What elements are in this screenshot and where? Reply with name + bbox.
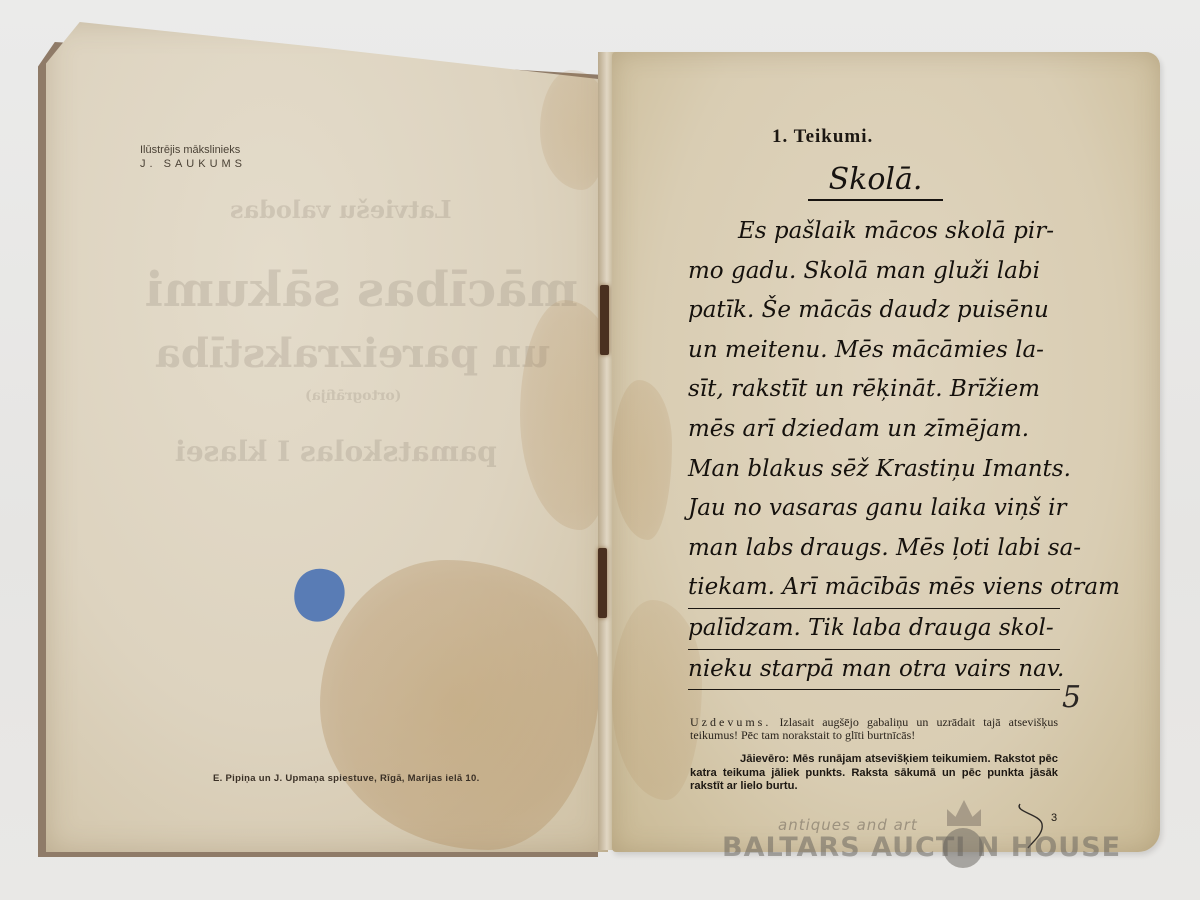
handwritten-line-underlined: palīdzam. Tik laba drauga skol- [688, 609, 1060, 650]
bleed-through-line: (ortogrāfija) [305, 388, 401, 404]
rusty-staple [600, 285, 609, 355]
handwritten-line: man labs draugs. Mēs ļoti labi sa- [688, 529, 1060, 569]
bleed-through-line: Latviešu valodas [230, 195, 452, 224]
handwritten-line: Jau no vasaras ganu laika viņš ir [688, 489, 1060, 529]
handwritten-line: un meitenu. Mēs mācāmies la- [688, 331, 1060, 371]
handwritten-line: patīk. Še mācās daudz puisēnu [688, 291, 1060, 331]
page-number: 3 [1051, 812, 1057, 824]
handwritten-text-block: Es pašlaik mācos skolā pir- mo gadu. Sko… [688, 212, 1060, 690]
handwritten-line: mo gadu. Skolā man gluži labi [688, 252, 1060, 292]
note-paragraph: Jāievēro: Mēs runājam atsevišķiem teikum… [690, 753, 1058, 794]
printer-imprint: E. Pipiņa un J. Upmaņa spiestuve, Rīgā, … [213, 773, 480, 784]
margin-grade-mark: 5 [1062, 680, 1081, 715]
exercise-label: Uzdevums. [690, 715, 771, 729]
open-book-photo: Latviešu valodas mācības sākumi un parei… [0, 0, 1200, 900]
exercise-paragraph: Uzdevums. Izlasait augšējo gabaliņu un u… [690, 716, 1058, 742]
bleed-through-line: pamatskolas I klasei [175, 435, 497, 468]
handwritten-line: Man blakus sēž Krastiņu Imants. [688, 450, 1060, 490]
bleed-through-line: mācības sākumi [145, 262, 578, 318]
note-label: Jāievēro: [690, 753, 789, 765]
handwritten-line-underlined: tiekam. Arī mācībās mēs viens otram [688, 568, 1060, 609]
illustrator-credit: Ilūstrējis mākslinieks J. SAUKUMS [140, 143, 246, 171]
bleed-through-line: un pareizrakstība [155, 330, 550, 377]
handwritten-line: Es pašlaik mācos skolā pir- [688, 212, 1060, 252]
rusty-staple [598, 548, 607, 618]
illustrator-name: J. SAUKUMS [140, 157, 246, 171]
watermark-brand: BALTARS AUCTI N HOUSE [722, 832, 1121, 863]
handwritten-line: mēs arī dziedam un zīmējam. [688, 410, 1060, 450]
handwritten-line: sīt, rakstīt un rēķināt. Brīžiem [688, 370, 1060, 410]
handwritten-line-underlined: nieku starpā man otra vairs nav. [688, 650, 1060, 691]
script-heading: Skolā. [808, 162, 943, 201]
illustrator-label: Ilūstrējis mākslinieks [140, 143, 246, 157]
chapter-title: 1. Teikumi. [772, 126, 873, 148]
